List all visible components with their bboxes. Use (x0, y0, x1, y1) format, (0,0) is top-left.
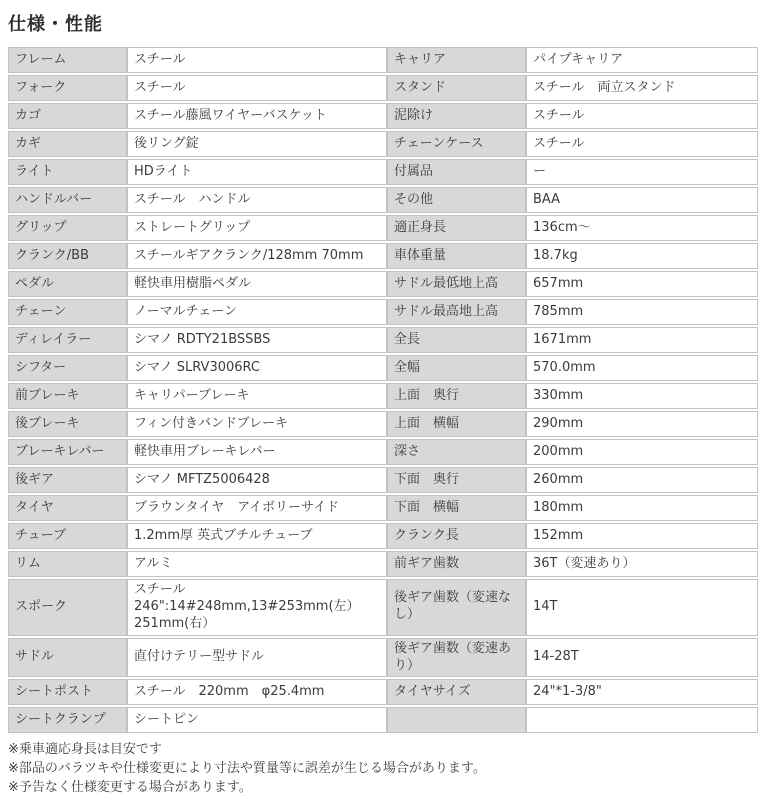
spec-label-cell: サドル (8, 638, 127, 678)
spec-label-cell: リム (8, 551, 127, 577)
spec-value-cell: ストレートグリップ (127, 215, 387, 241)
note-line: ※予告なく仕様変更する場合があります。 (8, 778, 760, 797)
spec-label-cell: シートポスト (8, 679, 127, 705)
spec-label-cell: 全長 (387, 327, 526, 353)
spec-row: シートポストスチール 220mm φ25.4mmタイヤサイズ24"*1-3/8" (8, 679, 758, 705)
spec-label-cell: サドル最低地上高 (387, 271, 526, 297)
note-line: ※乗車適応身長は目安です (8, 740, 760, 759)
spec-row: カゴスチール藤風ワイヤーバスケット泥除けスチール (8, 103, 758, 129)
spec-value-cell: スチール 220mm φ25.4mm (127, 679, 387, 705)
spec-label-cell: 上面 横幅 (387, 411, 526, 437)
spec-label-cell: タイヤサイズ (387, 679, 526, 705)
spec-value-cell: 785mm (526, 299, 758, 325)
spec-label-cell: 全幅 (387, 355, 526, 381)
spec-row: フレームスチールキャリアパイプキャリア (8, 47, 758, 73)
spec-row: クランク/BBスチールギアクランク/128mm 70mm車体重量18.7kg (8, 243, 758, 269)
spec-label-cell: キャリア (387, 47, 526, 73)
spec-label-cell: クランク長 (387, 523, 526, 549)
spec-label-cell: 適正身長 (387, 215, 526, 241)
spec-label-cell: スポーク (8, 579, 127, 636)
spec-value-cell: 24"*1-3/8" (526, 679, 758, 705)
spec-label-cell: 深さ (387, 439, 526, 465)
spec-table: フレームスチールキャリアパイプキャリアフォークスチールスタンドスチール 両立スタ… (8, 45, 758, 735)
spec-label-cell: シフター (8, 355, 127, 381)
spec-label-cell: ハンドルバー (8, 187, 127, 213)
spec-value-cell: パイプキャリア (526, 47, 758, 73)
spec-value-cell: スチール (526, 131, 758, 157)
spec-value-cell: ノーマルチェーン (127, 299, 387, 325)
spec-label-cell: グリップ (8, 215, 127, 241)
spec-label-cell: 車体重量 (387, 243, 526, 269)
spec-value-cell: アルミ (127, 551, 387, 577)
spec-value-cell: シマノ MFTZ5006428 (127, 467, 387, 493)
spec-value-cell: HDライト (127, 159, 387, 185)
spec-value-cell: ブラウンタイヤ アイボリーサイド (127, 495, 387, 521)
spec-row: サドル直付けテリー型サドル後ギア歯数（変速あり）14-28T (8, 638, 758, 678)
spec-value-cell: 後リング錠 (127, 131, 387, 157)
spec-label-cell: 後ブレーキ (8, 411, 127, 437)
spec-label-cell: ライト (8, 159, 127, 185)
spec-value-cell: 200mm (526, 439, 758, 465)
spec-value-cell: 330mm (526, 383, 758, 409)
footer-notes: ※乗車適応身長は目安です ※部品のバラツキや仕様変更により寸法や質量等に誤差が生… (8, 740, 760, 797)
spec-value-cell: スチール (127, 75, 387, 101)
spec-value-cell: 1671mm (526, 327, 758, 353)
spec-row: 後ブレーキフィン付きバンドブレーキ上面 横幅290mm (8, 411, 758, 437)
spec-row: スポークスチール246":14#248mm,13#253mm(左）251mm(右… (8, 579, 758, 636)
spec-value-cell (526, 707, 758, 733)
spec-row: シフターシマノ SLRV3006RC全幅570.0mm (8, 355, 758, 381)
spec-row: リムアルミ前ギア歯数36T（変速あり） (8, 551, 758, 577)
spec-value-cell: 657mm (526, 271, 758, 297)
spec-row: ディレイラーシマノ RDTY21BSSBS全長1671mm (8, 327, 758, 353)
spec-label-cell: タイヤ (8, 495, 127, 521)
spec-value-cell: シマノ SLRV3006RC (127, 355, 387, 381)
spec-label-cell: フォーク (8, 75, 127, 101)
spec-value-cell: スチール (127, 47, 387, 73)
spec-value-cell: 136cm～ (526, 215, 758, 241)
spec-label-cell: シートクランプ (8, 707, 127, 733)
spec-value-cell: 290mm (526, 411, 758, 437)
spec-row: チェーンノーマルチェーンサドル最高地上高785mm (8, 299, 758, 325)
spec-row: シートクランプシートピン (8, 707, 758, 733)
note-line: ※部品のバラツキや仕様変更により寸法や質量等に誤差が生じる場合があります。 (8, 759, 760, 778)
spec-label-cell: その他 (387, 187, 526, 213)
spec-label-cell: 泥除け (387, 103, 526, 129)
spec-label-cell: カゴ (8, 103, 127, 129)
spec-label-cell: 前ブレーキ (8, 383, 127, 409)
spec-value-cell: スチール 両立スタンド (526, 75, 758, 101)
spec-label-cell: フレーム (8, 47, 127, 73)
spec-table-body: フレームスチールキャリアパイプキャリアフォークスチールスタンドスチール 両立スタ… (8, 47, 758, 733)
spec-value-cell: 14T (526, 579, 758, 636)
spec-value-cell: 14-28T (526, 638, 758, 678)
page-title: 仕様・性能 (8, 10, 760, 36)
spec-value-cell: スチール (526, 103, 758, 129)
spec-value-cell: ー (526, 159, 758, 185)
spec-label-cell: 後ギア歯数（変速なし） (387, 579, 526, 636)
spec-row: ハンドルバースチール ハンドルその他BAA (8, 187, 758, 213)
spec-label-cell: スタンド (387, 75, 526, 101)
spec-label-cell: ペダル (8, 271, 127, 297)
spec-value-cell: 直付けテリー型サドル (127, 638, 387, 678)
spec-value-cell: シートピン (127, 707, 387, 733)
spec-value-cell: 570.0mm (526, 355, 758, 381)
spec-label-cell: チェーン (8, 299, 127, 325)
spec-label-cell (387, 707, 526, 733)
spec-page: 仕様・性能 フレームスチールキャリアパイプキャリアフォークスチールスタンドスチー… (0, 0, 768, 797)
spec-value-cell: シマノ RDTY21BSSBS (127, 327, 387, 353)
spec-row: 後ギアシマノ MFTZ5006428下面 奥行260mm (8, 467, 758, 493)
spec-row: チューブ1.2mm厚 英式ブチルチューブクランク長152mm (8, 523, 758, 549)
spec-row: ライトHDライト付属品ー (8, 159, 758, 185)
spec-label-cell: 後ギア歯数（変速あり） (387, 638, 526, 678)
spec-value-cell: フィン付きバンドブレーキ (127, 411, 387, 437)
spec-value-cell: 18.7kg (526, 243, 758, 269)
spec-value-cell: 軽快車用樹脂ペダル (127, 271, 387, 297)
spec-label-cell: チューブ (8, 523, 127, 549)
spec-value-cell: 180mm (526, 495, 758, 521)
spec-row: カギ後リング錠チェーンケーススチール (8, 131, 758, 157)
spec-label-cell: 下面 横幅 (387, 495, 526, 521)
spec-label-cell: 上面 奥行 (387, 383, 526, 409)
spec-value-cell: スチール藤風ワイヤーバスケット (127, 103, 387, 129)
spec-value-cell: スチール ハンドル (127, 187, 387, 213)
spec-value-cell: スチールギアクランク/128mm 70mm (127, 243, 387, 269)
spec-row: グリップストレートグリップ適正身長136cm～ (8, 215, 758, 241)
spec-value-cell: 260mm (526, 467, 758, 493)
spec-label-cell: ディレイラー (8, 327, 127, 353)
spec-label-cell: 後ギア (8, 467, 127, 493)
spec-row: タイヤブラウンタイヤ アイボリーサイド下面 横幅180mm (8, 495, 758, 521)
spec-value-cell: 36T（変速あり） (526, 551, 758, 577)
spec-value-cell: 1.2mm厚 英式ブチルチューブ (127, 523, 387, 549)
spec-label-cell: 下面 奥行 (387, 467, 526, 493)
spec-row: フォークスチールスタンドスチール 両立スタンド (8, 75, 758, 101)
spec-label-cell: サドル最高地上高 (387, 299, 526, 325)
spec-label-cell: ブレーキレバー (8, 439, 127, 465)
spec-row: 前ブレーキキャリパーブレーキ上面 奥行330mm (8, 383, 758, 409)
spec-row: ペダル軽快車用樹脂ペダルサドル最低地上高657mm (8, 271, 758, 297)
spec-row: ブレーキレバー軽快車用ブレーキレバー深さ200mm (8, 439, 758, 465)
spec-label-cell: チェーンケース (387, 131, 526, 157)
spec-label-cell: 付属品 (387, 159, 526, 185)
spec-label-cell: カギ (8, 131, 127, 157)
spec-value-cell: キャリパーブレーキ (127, 383, 387, 409)
spec-label-cell: 前ギア歯数 (387, 551, 526, 577)
spec-value-cell: BAA (526, 187, 758, 213)
spec-label-cell: クランク/BB (8, 243, 127, 269)
spec-value-cell: 152mm (526, 523, 758, 549)
spec-value-cell: 軽快車用ブレーキレバー (127, 439, 387, 465)
spec-value-cell: スチール246":14#248mm,13#253mm(左）251mm(右） (127, 579, 387, 636)
